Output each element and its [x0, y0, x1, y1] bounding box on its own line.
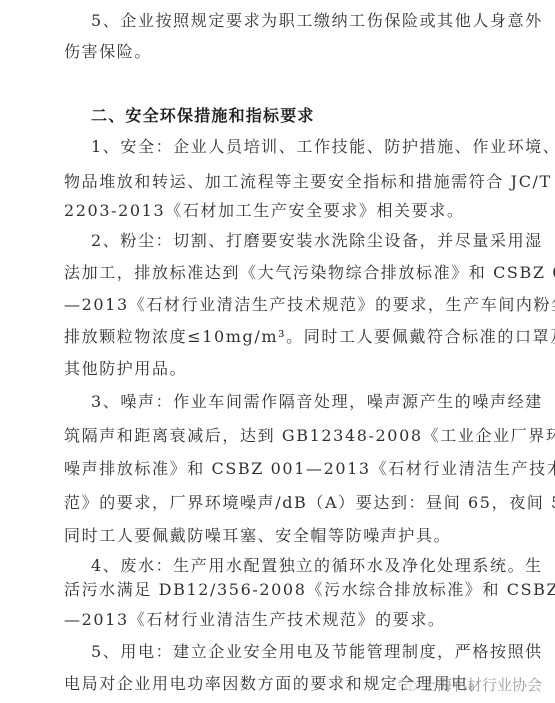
item-noise-line4: 范》的要求，厂界环境噪声/dB（A）要达到：昼间 65，夜间 55。: [64, 493, 464, 513]
watermark-text: 上海石材行业协会: [422, 674, 542, 695]
item-wastewater-line3: —2013《石材行业清洁生产技术规范》的要求。: [64, 610, 464, 630]
prev-item5-line2: 伤害保险。: [64, 42, 464, 62]
item-wastewater-line2: 活污水满足 DB12/356-2008《污水综合排放标准》和 CSBZ 001: [64, 580, 464, 600]
item-wastewater-line1: 4、废水：生产用水配置独立的循环水及净化处理系统。生: [91, 556, 463, 576]
item-dust-line5: 其他防护用品。: [64, 359, 464, 379]
item-dust-line1: 2、粉尘：切割、打磨要安装水洗除尘设备，并尽量采用湿: [91, 231, 463, 251]
watermark: 上海石材行业协会: [398, 673, 542, 695]
item-noise-line3: 噪声排放标准》和 CSBZ 001—2013《石材行业清洁生产技术规: [64, 459, 464, 479]
item-dust-line4: 排放颗粒物浓度≤10mg/m³。同时工人要佩戴符合标准的口罩及: [64, 327, 464, 347]
prev-item5-line1: 5、企业按照规定要求为职工缴纳工伤保险或其他人身意外: [91, 11, 463, 31]
wechat-icon: [398, 676, 418, 692]
item-noise-line1: 3、噪声：作业车间需作隔音处理，噪声源产生的噪声经建: [91, 392, 463, 412]
item-electricity-line1: 5、用电：建立企业安全用电及节能管理制度，严格按照供: [91, 642, 463, 662]
item-dust-line3: —2013《石材行业清洁生产技术规范》的要求，生产车间内粉尘: [64, 295, 464, 315]
item-safety-line2: 物品堆放和转运、加工流程等主要安全指标和措施需符合 JC/T: [64, 172, 464, 192]
item-safety-line1: 1、安全：企业人员培训、工作技能、防护措施、作业环境、: [91, 137, 463, 157]
item-safety-line3: 2203-2013《石材加工生产安全要求》相关要求。: [64, 201, 464, 221]
document-page: 5、企业按照规定要求为职工缴纳工伤保险或其他人身意外 伤害保险。 二、安全环保措…: [0, 0, 555, 703]
item-dust-line2: 法加工，排放标准达到《大气污染物综合排放标准》和 CSBZ 001: [64, 263, 464, 283]
item-noise-line2: 筑隔声和距离衰减后，达到 GB12348-2008《工业企业厂界环境: [64, 426, 464, 446]
section-heading: 二、安全环保措施和指标要求: [91, 106, 463, 126]
item-noise-line5: 同时工人要佩戴防噪耳塞、安全帽等防噪声护具。: [64, 526, 464, 546]
